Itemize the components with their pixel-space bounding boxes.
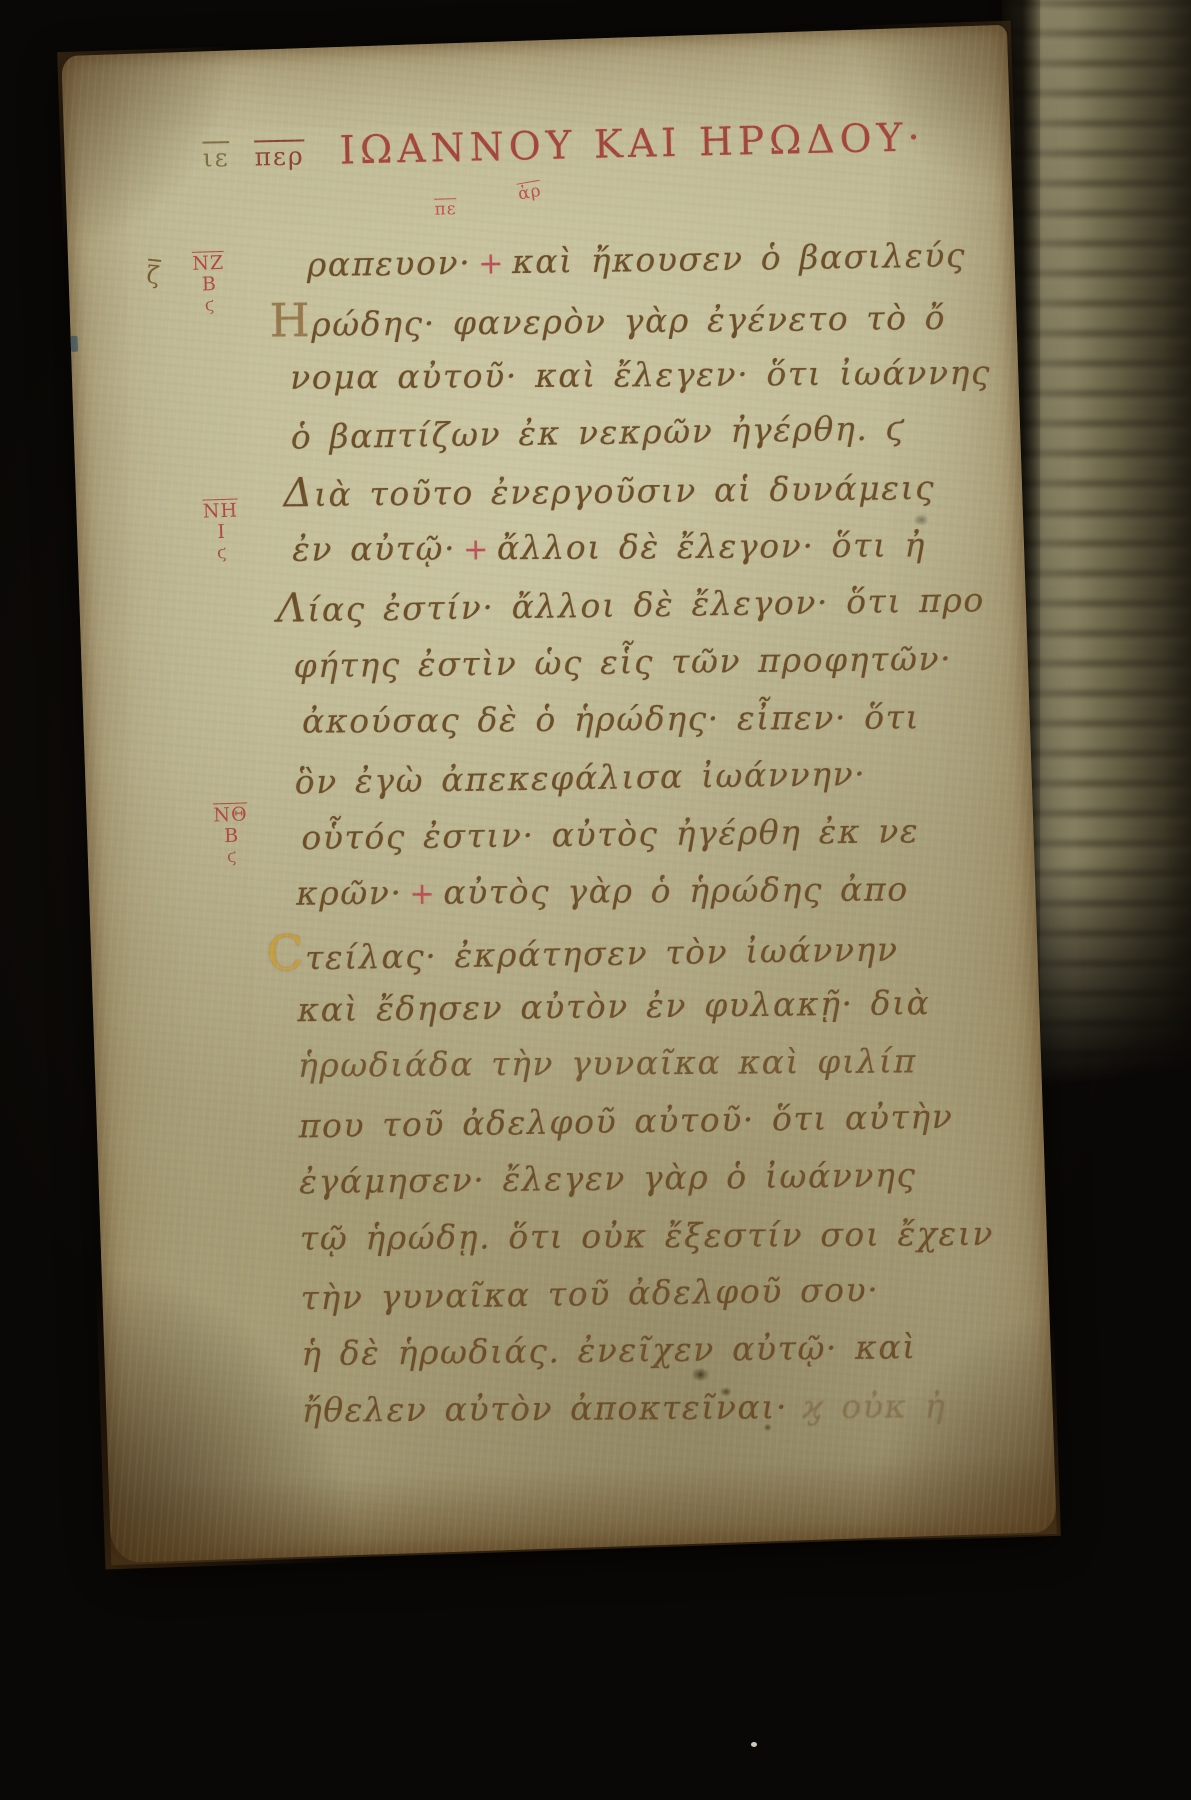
lection-cross-icon xyxy=(866,757,881,792)
initial-letter: Δ xyxy=(283,470,314,516)
text-line: ἡ δὲ ἡρωδιάς. ἐνεῖχεν αὐτῷ· καὶ xyxy=(301,1318,992,1383)
text-line: Ϲτείλας· ἐκράτησεν τὸν ἰωάννην xyxy=(296,915,987,983)
peri-abbreviation: περ xyxy=(254,141,305,171)
lection-cross-icon xyxy=(898,933,913,968)
page-corner-burn xyxy=(57,46,264,273)
text-line: τῷ ἡρώδῃ. ὅτι οὐκ ἔξεστίν σοι ἔχειν xyxy=(300,1205,990,1267)
canon-tail: ϛ xyxy=(227,847,237,868)
section-number: ΝΘ xyxy=(213,804,248,826)
photograph-background: ιε περ ΙΩΑΝΝΟΥ ΚΑΙ ΗΡΩΔΟΥ· πε ἀρ ζ ΝΖ Β … xyxy=(0,0,1191,1800)
text-line: ἡρωδιάδα τὴν γυναῖκα καὶ φιλίπ xyxy=(298,1032,988,1094)
lection-cross-icon xyxy=(905,412,920,447)
lection-cross-icon xyxy=(916,1159,930,1194)
text-line: νομα αὐτοῦ· καὶ ἔλεγεν· ὅτι ἰωάννης xyxy=(290,344,980,406)
page-corner-burn xyxy=(822,1276,1060,1543)
text-line: ἐγάμησεν· ἔλεγεν γὰρ ὁ ἰωάννης xyxy=(299,1146,990,1211)
ammonian-section-note: ΝΖ Β ϛ xyxy=(188,253,230,317)
text-line: οὗτός ἐστιν· αὐτὸς ἠγέρθη ἐκ νε xyxy=(295,801,986,866)
canon-tail: ϛ xyxy=(205,295,215,316)
ammonian-section-note: ΝΗ Ι ϛ xyxy=(200,500,242,564)
dust-speck xyxy=(751,1742,757,1747)
lection-cross-icon xyxy=(917,1046,931,1081)
section-number: ΝΗ xyxy=(203,500,239,522)
canon-number: Β xyxy=(224,826,239,847)
text-line: φήτης ἐστὶν ὡς εἷς τῶν προφητῶν· xyxy=(293,629,984,694)
initial-letter xyxy=(291,418,292,457)
quire-mark: ζ xyxy=(145,261,161,290)
section-number: ΝΖ xyxy=(192,253,225,275)
initial-letter xyxy=(294,762,295,801)
text-line: ἤθελεν αὐτὸν ἀποκτεῖναι·ϗ οὐκ ἠ xyxy=(302,1377,992,1439)
text-line: ἐν αὐτῷ·+ἄλλοι δὲ ἔλεγον· ὅτι ἠ xyxy=(292,516,982,578)
text-line: ραπευον·+καὶ ἤκουσεν ὁ βασιλεύς xyxy=(288,226,979,294)
lection-cross-icon xyxy=(946,302,960,337)
text-line: καὶ ἔδησεν αὐτὸν ἐν φυλακῇ· διὰ xyxy=(297,973,988,1038)
canon-number: Ι xyxy=(217,522,225,543)
text-line: ὁ βαπτίζων ἐκ νεκρῶν ἠγέρθη. ϛ xyxy=(290,398,981,466)
initial-letter: Λ xyxy=(276,586,307,632)
lection-cross-icon xyxy=(919,815,933,850)
text-line: ἀκούσας δὲ ὁ ἡρώδης· εἶπεν· ὅτι xyxy=(294,688,984,750)
lection-cross-icon xyxy=(952,642,966,677)
initial-letter: Ϲ xyxy=(266,925,305,982)
page-corner-burn xyxy=(95,1230,386,1569)
page-bottom-edge-shading xyxy=(108,1444,1056,1565)
lection-cross-icon xyxy=(953,1100,968,1135)
parchment-stain xyxy=(913,514,929,527)
text-line: ὃν ἐγὼ ἀπεκεφάλισα ἰωάννην· xyxy=(294,743,985,811)
parchment-stain xyxy=(763,1423,772,1431)
lection-cross-icon xyxy=(930,987,944,1022)
text-line: Διὰ τοῦτο ἐνεργοῦσιν αἱ δυνάμεις xyxy=(291,457,982,522)
lection-cross-icon xyxy=(991,357,1005,392)
page-corner-burn xyxy=(821,21,1018,227)
text-line: Λίας ἐστίν· ἄλλοι δὲ ἔλεγον· ὅτι προ xyxy=(292,571,983,639)
lection-cross-icon xyxy=(994,1217,1008,1252)
rubric-header: ιε περ ΙΩΑΝΝΟΥ ΚΑΙ ΗΡΩΔΟΥ· xyxy=(202,115,925,176)
lection-cross-icon: + xyxy=(456,532,497,567)
initial-letter xyxy=(300,1278,301,1317)
text-line: κρῶν·+αὐτὸς γὰρ ὁ ἡρώδης ἀπο xyxy=(296,860,986,922)
initial-letter xyxy=(307,245,308,284)
canon-tail: ϛ xyxy=(217,543,227,564)
lection-cross-icon xyxy=(985,584,1000,619)
lection-mark: πε xyxy=(434,199,457,220)
parchment-stain xyxy=(691,1367,709,1382)
lection-cross-icon: + xyxy=(471,246,512,282)
text-line: τὴν γυναῖκα τοῦ ἀδελφοῦ σου· xyxy=(300,1259,991,1327)
lection-cross-icon xyxy=(879,1274,894,1309)
lection-mark: ἀρ xyxy=(517,181,544,205)
text-line: Ηρώδης· φανερὸν γὰρ ἐγένετο τὸ ὄ xyxy=(289,285,980,350)
parchment-stain xyxy=(720,1387,732,1397)
lection-cross-icon xyxy=(788,1391,802,1426)
text-block: ραπευον·+καὶ ἤκουσεν ὁ βασιλεύς Ηρώδης· … xyxy=(289,227,993,1440)
ammonian-section-note: ΝΘ Β ϛ xyxy=(210,804,252,868)
page-title: ΙΩΑΝΝΟΥ ΚΑΙ ΗΡΩΔΟΥ· xyxy=(339,115,925,173)
initial-letter xyxy=(298,1106,299,1145)
lection-cross-icon xyxy=(935,471,949,506)
lection-cross-icon xyxy=(920,701,934,736)
edge-pigment-mark xyxy=(71,336,79,352)
chapter-number: ιε xyxy=(202,143,229,173)
lection-cross-icon xyxy=(917,1331,931,1366)
initial-letter: Η xyxy=(269,293,311,347)
manuscript-page: ιε περ ΙΩΑΝΝΟΥ ΚΑΙ ΗΡΩΔΟΥ· πε ἀρ ζ ΝΖ Β … xyxy=(61,25,1056,1564)
canon-number: Β xyxy=(202,274,217,295)
text-line: που τοῦ ἀδελφοῦ αὐτοῦ· ὅτι αὐτὴν xyxy=(298,1087,989,1155)
lection-cross-icon: + xyxy=(402,877,443,912)
